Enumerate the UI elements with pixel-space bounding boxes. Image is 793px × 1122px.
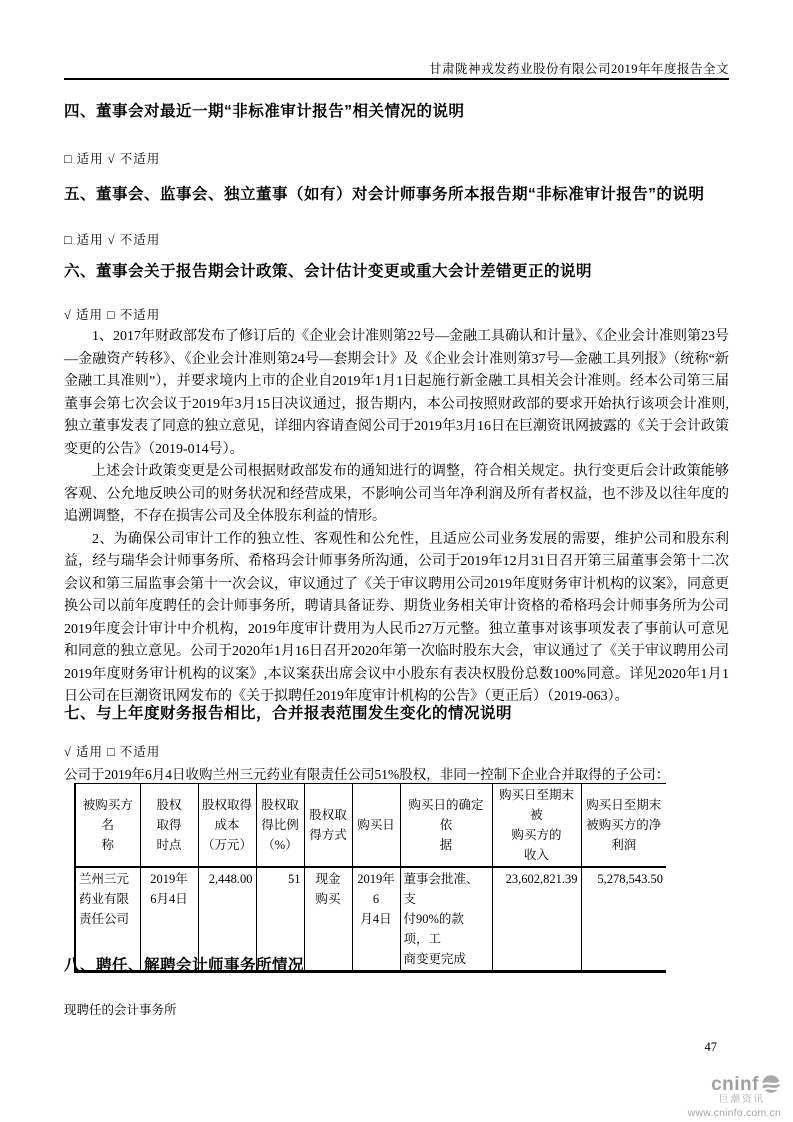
- col-header-purchase-date: 购买日: [352, 784, 400, 868]
- section-4-applicability: □ 适用 √ 不适用: [64, 149, 729, 167]
- section-6-heading: 六、董事会关于报告期会计政策、会计估计变更或重大会计差错更正的说明: [64, 262, 733, 281]
- page-number: 47: [705, 1040, 718, 1055]
- section-7-heading: 七、与上年度财务报告相比，合并报表范围发生变化的情况说明: [64, 704, 733, 723]
- col-header-net-profit-since-purchase: 购买日至期末 被购买方的净 利润: [581, 784, 666, 868]
- acquisition-intro: 公司于2019年6月4日收购兰州三元药业有限责任公司51%股权，非同一控制下企业…: [64, 763, 729, 783]
- acquisition-table: 被购买方名 称 股权 取得 时点 股权取得 成本 （万元） 股权取 得比例 （%…: [74, 783, 666, 973]
- col-header-equity-ratio: 股权取 得比例 （%）: [256, 784, 304, 868]
- col-header-acquisition-date: 股权 取得 时点: [140, 784, 198, 868]
- paragraph: 1、2017年财政部发布了修订后的《企业会计准则第22号—金融工具确认和计量》、…: [64, 326, 729, 461]
- col-header-purchase-date-basis: 购买日的确定依 据: [400, 784, 492, 868]
- col-header-acquisition-method: 股权取 得方式: [304, 784, 352, 868]
- cninfo-caption: 巨潮资讯: [661, 1095, 781, 1105]
- section-6-body: 1、2017年财政部发布了修订后的《企业会计准则第22号—金融工具确认和计量》、…: [64, 326, 729, 709]
- table-header-row: 被购买方名 称 股权 取得 时点 股权取得 成本 （万元） 股权取 得比例 （%…: [75, 784, 666, 868]
- col-header-acquisition-cost: 股权取得 成本 （万元）: [198, 784, 256, 868]
- paragraph: 2、为确保公司审计工作的独立性、客观性和公允性，且适应公司业务发展的需要，维护公…: [64, 529, 729, 709]
- page-header-title: 甘肃陇神戎发药业股份有限公司2019年年度报告全文: [64, 59, 729, 77]
- cninfo-logo: cninf 巨潮资讯 www.cninfo.com.cn: [661, 1074, 781, 1118]
- section-6-applicability: √ 适用 □ 不适用: [64, 305, 729, 323]
- paragraph: 上述会计政策变更是公司根据财政部发布的通知进行的调整，符合相关规定。执行变更后会…: [64, 461, 729, 529]
- cninfo-brand-row: cninf: [661, 1074, 781, 1094]
- cninfo-brand-text: cninf: [711, 1075, 759, 1094]
- section-5-heading: 五、董事会、监事会、独立董事（如有）对会计师事务所本报告期“非标准审计报告”的说…: [64, 185, 733, 204]
- col-header-revenue-since-purchase: 购买日至期末被 购买方的 收入: [492, 784, 581, 868]
- section-7-applicability: √ 适用 □ 不适用: [64, 742, 729, 760]
- current-audit-firm-note: 现聘任的会计事务所: [64, 1000, 177, 1018]
- section-5-applicability: □ 适用 √ 不适用: [64, 230, 729, 248]
- header-divider: [64, 78, 729, 80]
- section-8-heading: 八、聘任、解聘会计师事务所情况: [64, 956, 733, 975]
- col-header-acquiree-name: 被购买方名 称: [75, 784, 140, 868]
- cninfo-swirl-icon: [761, 1074, 781, 1094]
- section-4-heading: 四、董事会对最近一期“非标准审计报告”相关情况的说明: [64, 102, 733, 121]
- cninfo-url: www.cninfo.com.cn: [661, 1108, 781, 1119]
- report-page: 甘肃陇神戎发药业股份有限公司2019年年度报告全文 四、董事会对最近一期“非标准…: [0, 0, 793, 1122]
